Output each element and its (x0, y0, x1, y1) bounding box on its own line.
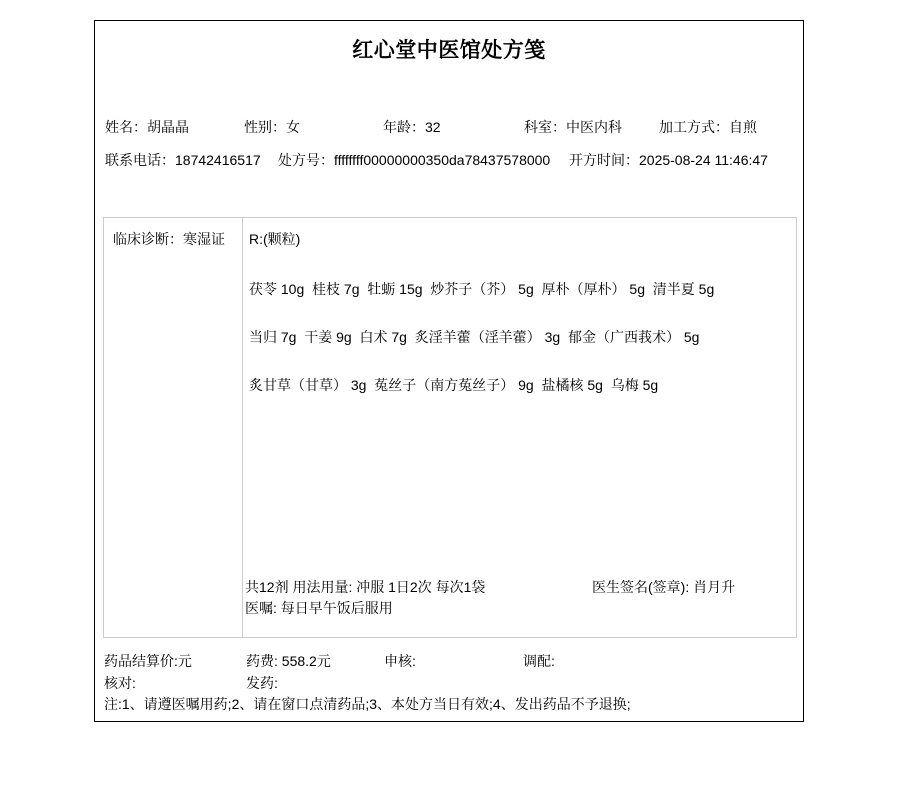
rx-header: R:(颗粒) (249, 229, 300, 249)
medical-advice: 医嘱: 每日早午饭后服用 (245, 598, 393, 618)
prescription-table: 临床诊断：寒湿证 R:(颗粒) 茯苓 10g 桂枝 7g 牡蛎 15g 炒芥子（… (103, 217, 797, 638)
screenshot-canvas: { "title": "红心堂中医馆处方笺", "patient_info": … (0, 0, 900, 800)
patient-age: 年龄：32 (383, 117, 441, 137)
diagnosis-cell: 临床诊断：寒湿证 (104, 218, 243, 637)
review-field: 申核: (384, 651, 416, 671)
doctor-signature: 医生签名(签章): 肖月升 (592, 577, 735, 597)
processing-method: 加工方式：自煎 (659, 117, 757, 137)
page-title: 红心堂中医馆处方笺 (95, 34, 803, 64)
herb-line: 炙甘草（甘草） 3g 菟丝子（南方菟丝子） 9g 盐橘核 5g 乌梅 5g (249, 375, 658, 395)
dispense-field: 发药: (246, 673, 278, 693)
prescription-cell: R:(颗粒) 茯苓 10g 桂枝 7g 牡蛎 15g 炒芥子（芥） 5g 厚朴（… (243, 218, 796, 637)
check-field: 核对: (104, 673, 136, 693)
herb-line: 当归 7g 干姜 9g 白术 7g 炙淫羊藿（淫羊藿） 3g 郁金（广西莪术） … (249, 327, 699, 347)
notes-text: 注:1、请遵医嘱用药;2、请在窗口点清药品;3、本处方当日有效;4、发出药品不予… (104, 694, 631, 714)
patient-name: 姓名：胡晶晶 (105, 117, 189, 137)
contact-phone: 联系电话：18742416517 (105, 150, 261, 170)
patient-department: 科室：中医内科 (524, 117, 622, 137)
prescription-time: 开方时间：2025-08-24 11:46:47 (569, 150, 768, 170)
drug-fee-field: 药费: 558.2元 (246, 651, 331, 671)
diagnosis-text: 临床诊断：寒湿证 (113, 231, 225, 247)
prescription-page: 红心堂中医馆处方笺 姓名：胡晶晶 性别：女 年龄：32 科室：中医内科 加工方式… (94, 20, 804, 722)
patient-gender: 性别：女 (244, 117, 300, 137)
herb-line: 茯苓 10g 桂枝 7g 牡蛎 15g 炒芥子（芥） 5g 厚朴（厚朴） 5g … (249, 279, 714, 299)
settle-price-field: 药品结算价:元 (104, 651, 192, 671)
dosage-summary: 共12剂 用法用量: 冲服 1日2次 每次1袋 (245, 577, 485, 597)
compound-field: 调配: (523, 651, 555, 671)
prescription-number: 处方号：ffffffff00000000350da78437578000 (278, 150, 550, 170)
